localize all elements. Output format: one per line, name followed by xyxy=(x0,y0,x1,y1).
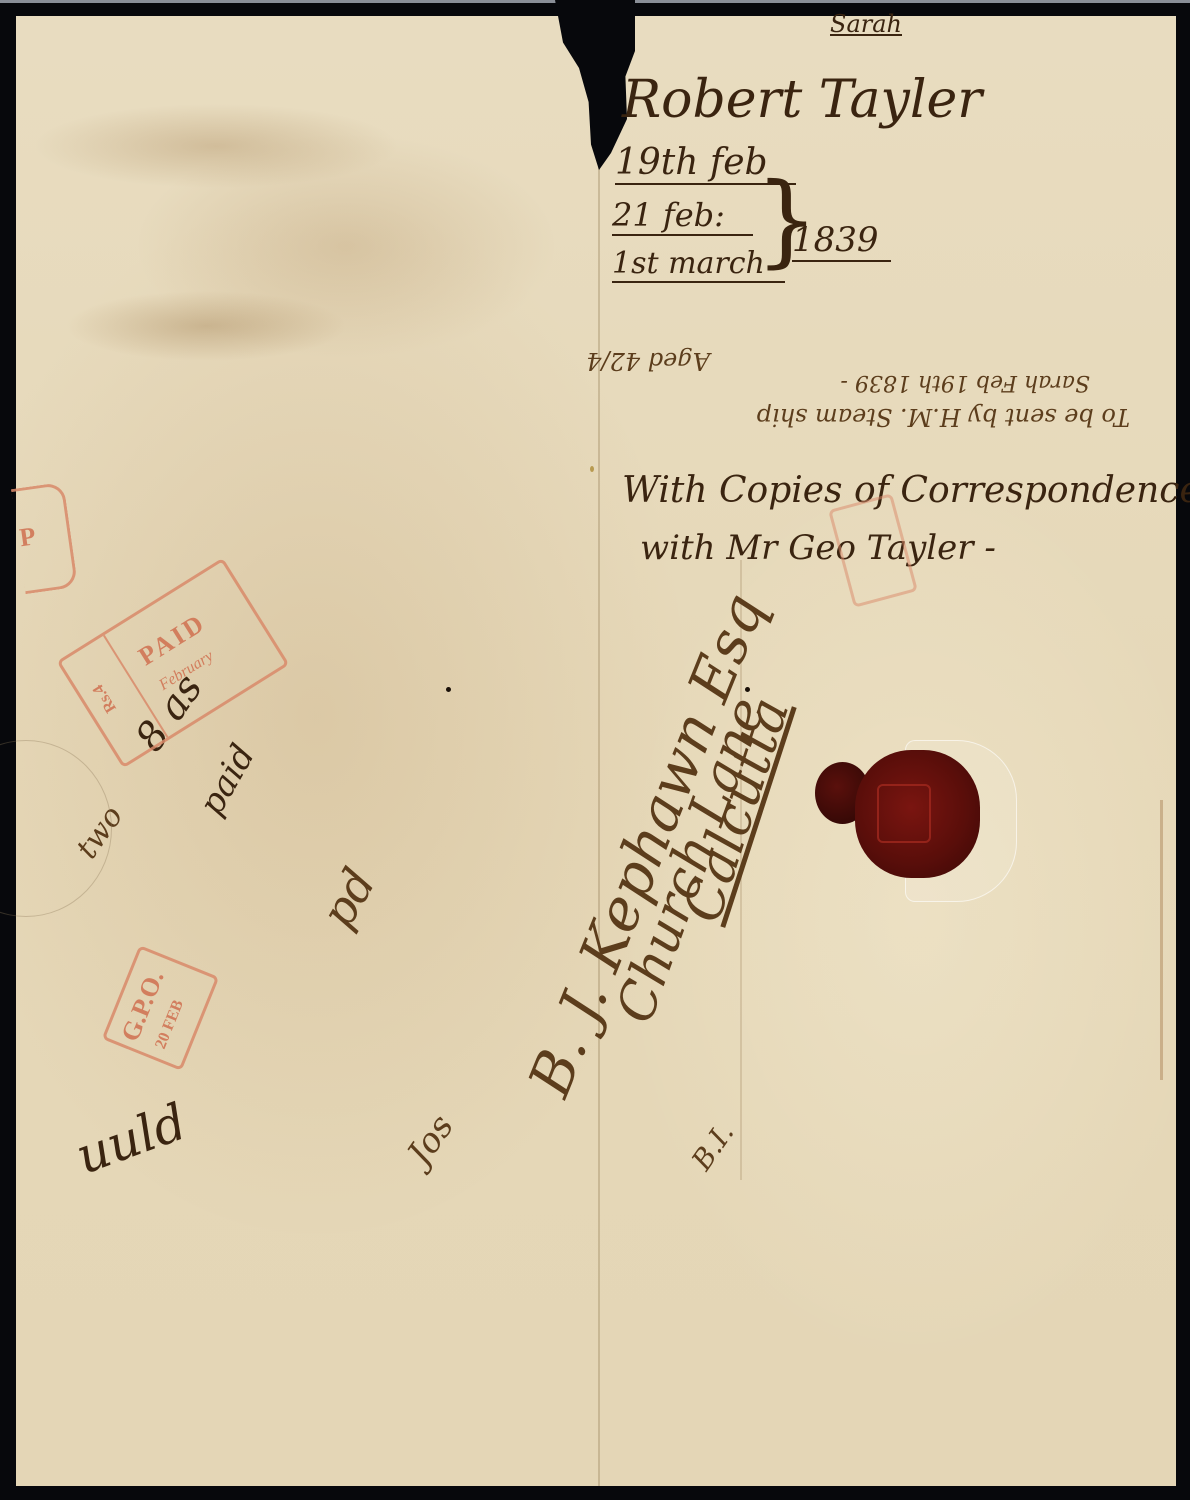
seal-impression xyxy=(877,784,931,843)
pin-hole xyxy=(745,687,750,692)
letter-paper xyxy=(16,16,1176,1486)
enclosure-line-1: With Copies of Correspondence xyxy=(622,470,1190,511)
postmark-paid-label: Rs.4 xyxy=(90,681,121,716)
enclosure-line-2: with Mr Geo Tayler - xyxy=(640,528,996,568)
inverted-note-line3: Aged 42/4 xyxy=(586,347,710,375)
wax-seal-icon xyxy=(815,750,985,890)
pin-hole xyxy=(446,687,451,692)
docket-year: 1839 xyxy=(792,220,891,262)
docket-sarah: Sarah xyxy=(830,10,902,38)
inverted-note: To be sent by H.M. Steam ship Sarah Feb … xyxy=(430,325,1150,435)
edge-stain xyxy=(1160,800,1163,1080)
fold-crease xyxy=(598,16,600,1486)
postmark-partial-text: P xyxy=(18,521,38,553)
docket-name: Robert Tayler xyxy=(622,70,982,130)
docket-date-2: 21 feb: xyxy=(612,196,753,236)
pin-hole xyxy=(590,466,594,472)
inverted-note-line2: Sarah Feb 19th 1839 - xyxy=(840,370,1090,395)
inverted-note-line1: To be sent by H.M. Steam ship xyxy=(757,403,1130,431)
